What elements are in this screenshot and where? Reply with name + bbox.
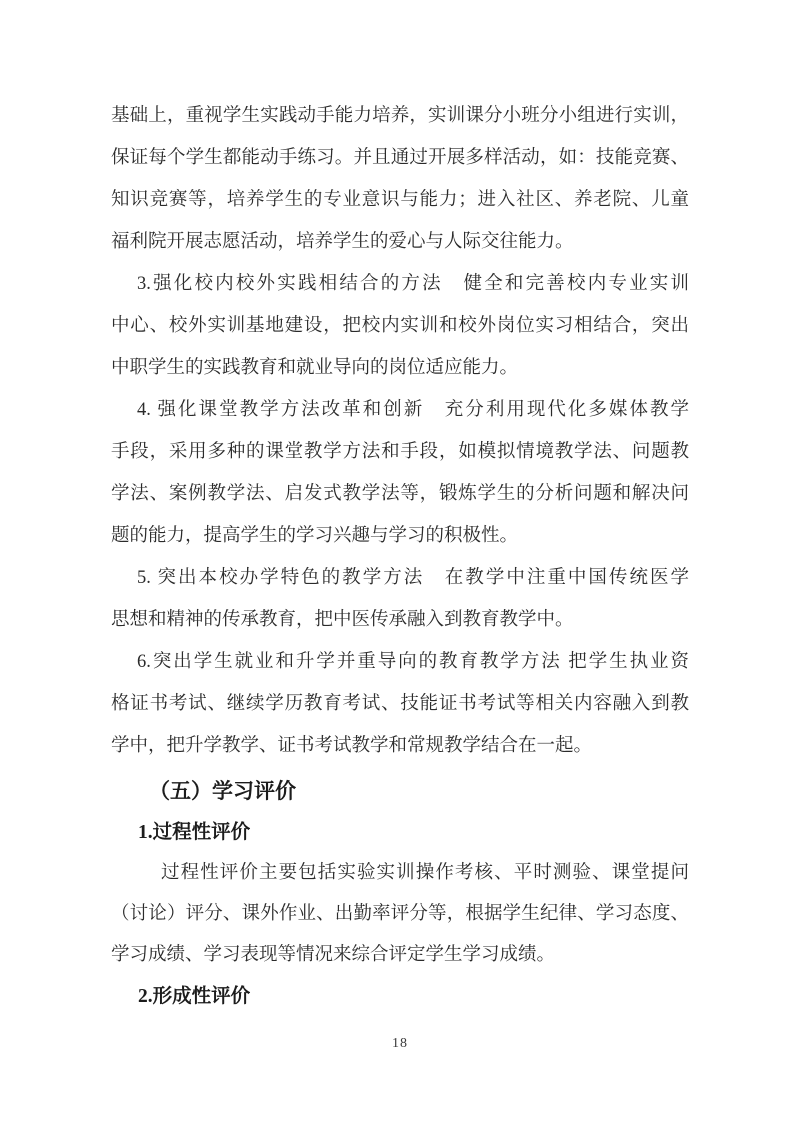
- text-line: （讨论）评分、课外作业、出勤率评分等，根据学生纪律、学习态度、: [111, 894, 689, 935]
- text-line: 学习成绩、学习表现等情况来综合评定学生学习成绩。: [111, 935, 689, 976]
- numbered-subheading: 1.过程性评价: [111, 812, 689, 853]
- text-line: 手段，采用多种的课堂教学方法和手段，如模拟情境教学法、问题教: [111, 431, 689, 473]
- text-line: 学法、案例教学法、启发式教学法等，锻炼学生的分析问题和解决问: [111, 473, 689, 515]
- numbered-subheading: 2.形成性评价: [111, 976, 689, 1017]
- section-heading: （五）学习评价: [111, 771, 689, 812]
- text-line: 题的能力，提高学生的学习兴趣与学习的积极性。: [111, 515, 689, 557]
- text-line: 过程性评价主要包括实验实训操作考核、平时测验、课堂提问: [111, 853, 689, 894]
- page-number: 18: [0, 1036, 800, 1052]
- text-section-learning-evaluation: （五）学习评价1.过程性评价过程性评价主要包括实验实训操作考核、平时测验、课堂提…: [111, 771, 689, 1017]
- text-line: 福利院开展志愿活动，培养学生的爱心与人际交往能力。: [111, 221, 689, 263]
- text-line: 中心、校外实训基地建设，把校内实训和校外岗位实习相结合，突出: [111, 305, 689, 347]
- text-line: 保证每个学生都能动手练习。并且通过开展多样活动，如：技能竞赛、: [111, 137, 689, 179]
- text-line: 3.强化校内校外实践相结合的方法 健全和完善校内专业实训: [111, 263, 689, 305]
- text-line: 学中，把升学教学、证书考试教学和常规教学结合在一起。: [111, 725, 689, 767]
- text-section-teaching-methods: 基础上，重视学生实践动手能力培养，实训课分小班分小组进行实训，保证每个学生都能动…: [111, 95, 689, 767]
- text-line: 思想和精神的传承教育，把中医传承融入到教育教学中。: [111, 599, 689, 641]
- text-column: 基础上，重视学生实践动手能力培养，实训课分小班分小组进行实训，保证每个学生都能动…: [111, 95, 689, 1017]
- text-line: 4. 强化课堂教学方法改革和创新 充分利用现代化多媒体教学: [111, 389, 689, 431]
- text-line: 中职学生的实践教育和就业导向的岗位适应能力。: [111, 347, 689, 389]
- document-page: 基础上，重视学生实践动手能力培养，实训课分小班分小组进行实训，保证每个学生都能动…: [0, 0, 800, 1131]
- text-line: 知识竞赛等，培养学生的专业意识与能力；进入社区、养老院、儿童: [111, 179, 689, 221]
- text-line: 5. 突出本校办学特色的教学方法 在教学中注重中国传统医学: [111, 557, 689, 599]
- text-line: 基础上，重视学生实践动手能力培养，实训课分小班分小组进行实训，: [111, 95, 689, 137]
- text-line: 6.突出学生就业和升学并重导向的教育教学方法 把学生执业资: [111, 641, 689, 683]
- text-line: 格证书考试、继续学历教育考试、技能证书考试等相关内容融入到教: [111, 683, 689, 725]
